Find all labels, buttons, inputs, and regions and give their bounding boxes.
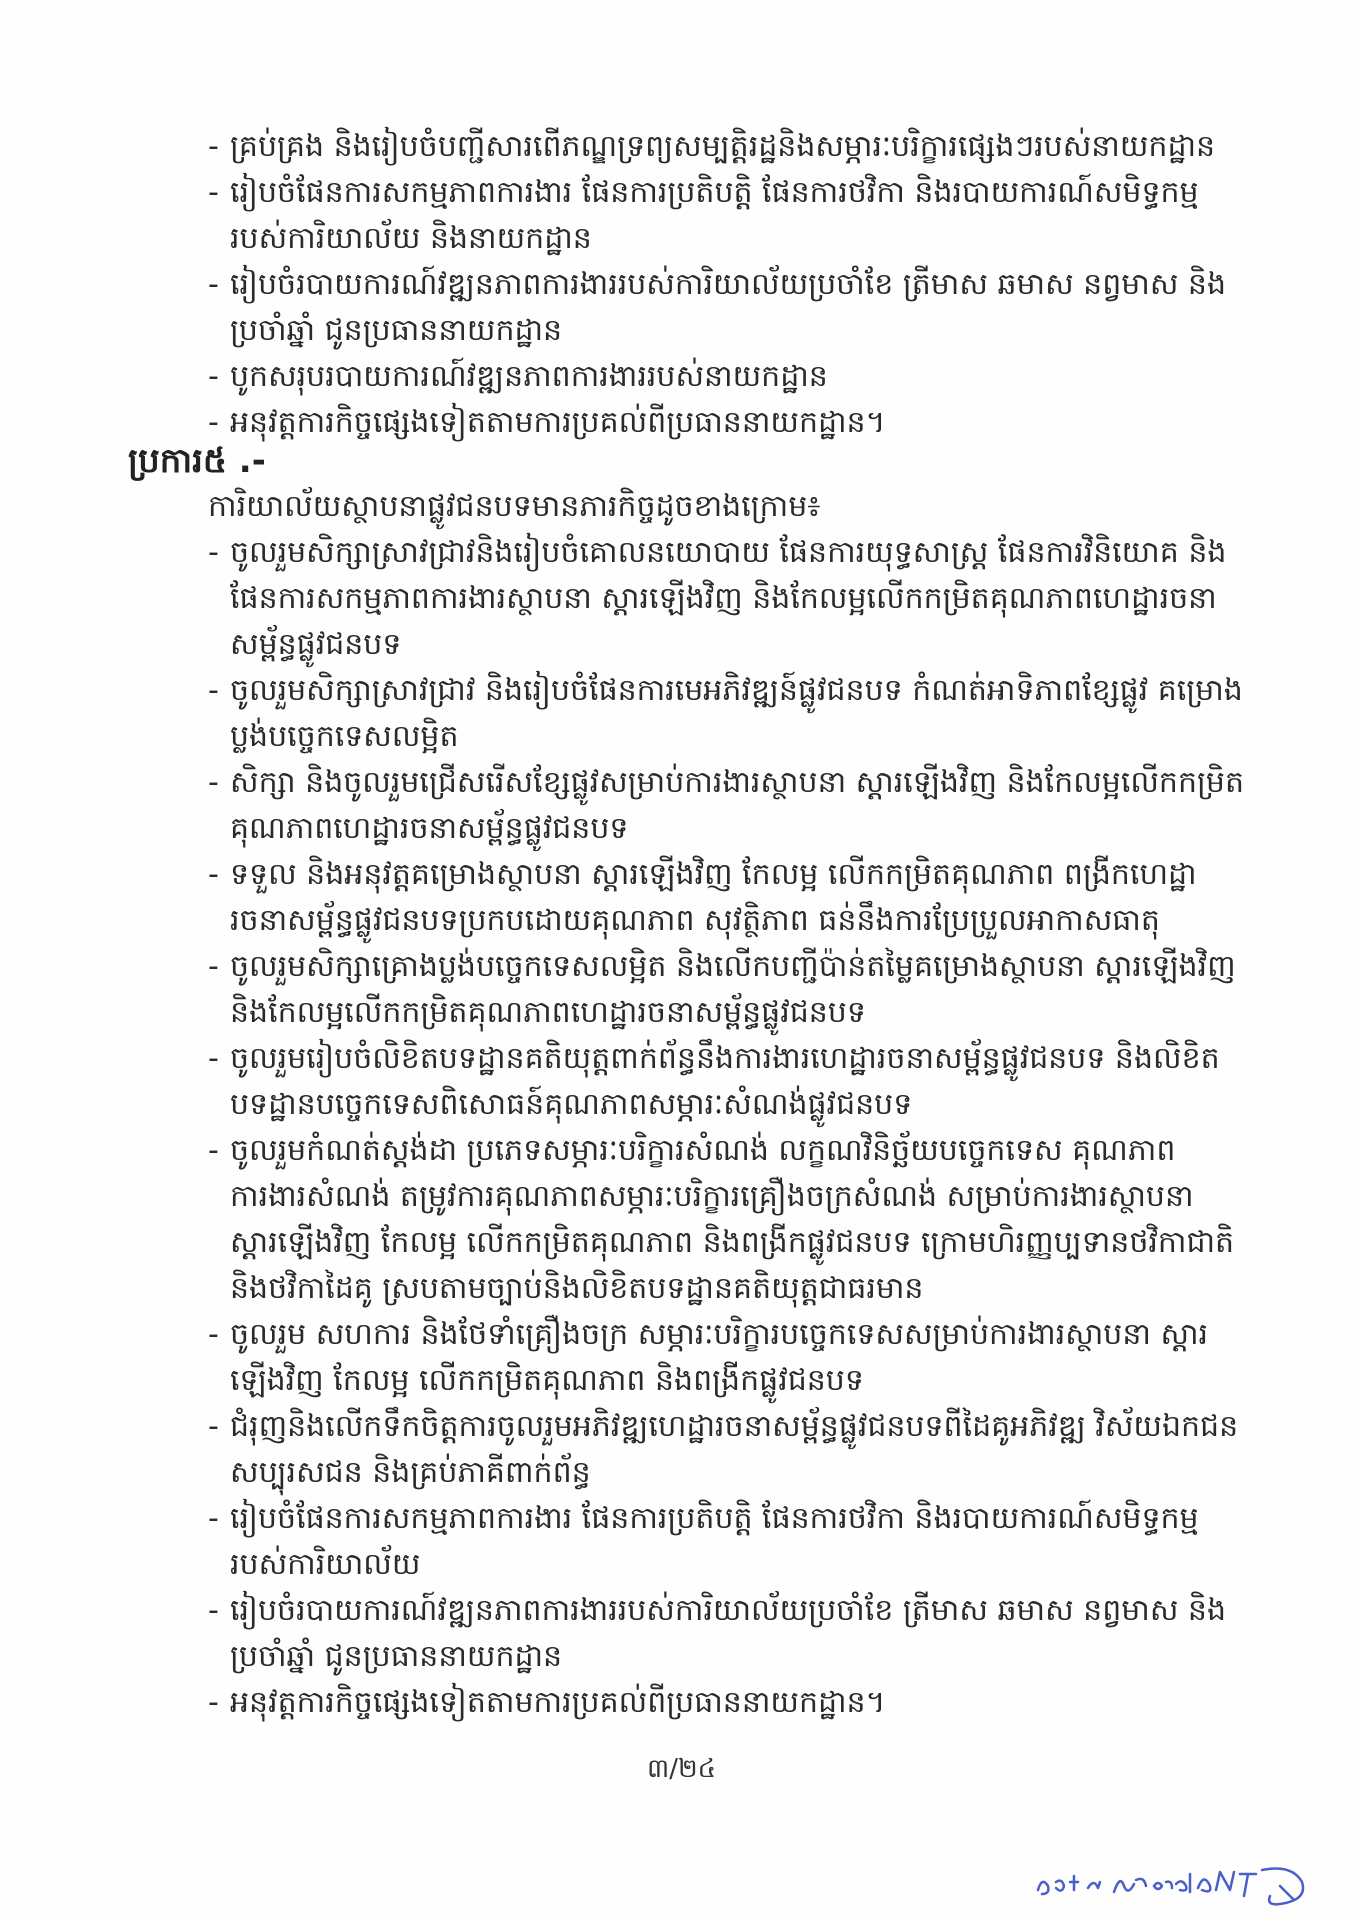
list-item: -អនុវត្តការកិច្ចផ្សេងទៀតតាមការប្រគល់ពីប្… xyxy=(208,1680,1248,1726)
list-item: -ទទួល និងអនុវត្តគម្រោងស្ថាបនា ស្តារឡើងវិ… xyxy=(208,852,1248,944)
list-item: -រៀបចំផែនការសកម្មភាពការងារ ផែនការប្រតិបត… xyxy=(208,1496,1248,1588)
bullet-dash: - xyxy=(208,1312,219,1358)
bullet-dash: - xyxy=(208,1128,219,1174)
list-item: -បូកសរុបរបាយការណ៍វឌ្ឍនភាពការងាររបស់នាយកដ… xyxy=(208,354,1248,400)
list-item: -ជំរុញនិងលើកទឹកចិត្តការចូលរួមអភិវឌ្ឍហេដ្… xyxy=(208,1404,1248,1496)
bullet-dash: - xyxy=(208,1496,219,1542)
bullet-dash: - xyxy=(208,1036,219,1082)
list-item: -រៀបចំរបាយការណ៍វឌ្ឍនភាពការងាររបស់ការិយាល… xyxy=(208,262,1248,354)
bullet-dash: - xyxy=(208,1404,219,1450)
bullet-dash: - xyxy=(208,124,219,170)
bullet-dash: - xyxy=(208,262,219,308)
top-duty-list: -គ្រប់គ្រង និងរៀបចំបញ្ជីសារពើភណ្ឌទ្រព្យស… xyxy=(208,124,1248,446)
bullet-dash: - xyxy=(208,944,219,990)
article-intro: ការិយាល័យស្ថាបនាផ្លូវជនបទមានភារកិច្ចដូចខ… xyxy=(208,484,820,530)
bullet-dash: - xyxy=(208,760,219,806)
bullet-dash: - xyxy=(208,1588,219,1634)
list-item: -អនុវត្តការកិច្ចផ្សេងទៀតតាមការប្រគល់ពីប្… xyxy=(208,400,1248,446)
article-heading: ប្រការ៥ .- xyxy=(128,438,266,484)
document-page: -គ្រប់គ្រង និងរៀបចំបញ្ជីសារពើភណ្ឌទ្រព្យស… xyxy=(0,0,1358,1920)
list-item: -សិក្សា និងចូលរួមជ្រើសរើសខ្សែផ្លូវសម្រាប… xyxy=(208,760,1248,852)
bullet-dash: - xyxy=(208,1680,219,1726)
list-item: -ចូលរួមកំណត់ស្តង់ដា ប្រភេទសម្ភារៈបរិក្ខា… xyxy=(208,1128,1248,1312)
article-duty-list: -ចូលរួមសិក្សាស្រាវជ្រាវនិងរៀបចំគោលនយោបាយ… xyxy=(208,530,1248,1726)
list-item: -ចូលរួមសិក្សាស្រាវជ្រាវនិងរៀបចំគោលនយោបាយ… xyxy=(208,530,1248,668)
bullet-dash: - xyxy=(208,668,219,714)
bullet-dash: - xyxy=(208,170,219,216)
page-number: ៣/២៤ xyxy=(647,1752,716,1790)
bullet-dash: - xyxy=(208,530,219,576)
list-item: -ចូលរួមសិក្សាគ្រោងប្លង់បច្ចេកទេសលម្អិត ន… xyxy=(208,944,1248,1036)
handwritten-signature-icon xyxy=(1030,1860,1320,1910)
list-item: -ចូលរួមរៀបចំលិខិតបទដ្ឋានគតិយុត្តពាក់ព័ន្… xyxy=(208,1036,1248,1128)
list-item: -រៀបចំរបាយការណ៍វឌ្ឍនភាពការងាររបស់ការិយាល… xyxy=(208,1588,1248,1680)
list-item: -រៀបចំផែនការសកម្មភាពការងារ ផែនការប្រតិបត… xyxy=(208,170,1248,262)
list-item: -គ្រប់គ្រង និងរៀបចំបញ្ជីសារពើភណ្ឌទ្រព្យស… xyxy=(208,124,1248,170)
list-item: -ចូលរួមសិក្សាស្រាវជ្រាវ និងរៀបចំផែនការមេ… xyxy=(208,668,1248,760)
bullet-dash: - xyxy=(208,852,219,898)
bullet-dash: - xyxy=(208,354,219,400)
list-item: -ចូលរួម សហការ និងថែទាំគ្រឿងចក្រ សម្ភារៈប… xyxy=(208,1312,1248,1404)
